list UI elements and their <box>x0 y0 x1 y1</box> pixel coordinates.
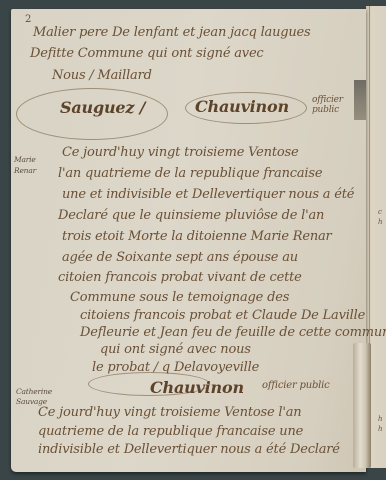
margin-name-line: Marie <box>14 155 36 165</box>
text-line: quatrieme de la republique francaise une <box>38 424 303 439</box>
adjacent-page-text: c <box>378 208 382 216</box>
text-line: Ce jourd'huy vingt troisieme Ventose <box>62 145 298 160</box>
document-scan: 2 Malier pere De lenfant et jean jacq la… <box>0 0 386 480</box>
signature-title: officier public <box>262 380 330 391</box>
page-number: 2 <box>25 14 31 25</box>
text-line: une et indivisible et Dellevertiquer nou… <box>62 187 354 202</box>
binding-tab-top <box>354 80 366 120</box>
margin-name-line: Renar <box>14 166 36 176</box>
text-line: citoien francois probat vivant de cette <box>58 270 302 285</box>
text-line: Defleurie et Jean feu de feuille de cett… <box>80 325 386 340</box>
text-line: l'an quatrieme de la republique francais… <box>58 166 322 181</box>
signature: Sauguez / <box>60 98 145 117</box>
text-line: citoiens francois probat et Claude De La… <box>80 308 365 323</box>
text-line: Ce jourd'huy vingt troisieme Ventose l'a… <box>38 405 301 420</box>
adjacent-page-text: h <box>378 218 383 226</box>
binding-tab-bottom <box>353 343 371 468</box>
text-line: Commune sous le temoignage des <box>70 290 289 305</box>
signature: Chauvinon <box>195 97 289 116</box>
text-line: Malier pere De lenfant et jean jacq laug… <box>33 25 311 40</box>
signature-title: officier public <box>312 95 352 115</box>
text-line: qui ont signé avec nous <box>100 342 251 357</box>
adjacent-page-text: h <box>378 425 383 433</box>
text-line: Defitte Commune qui ont signé avec <box>30 46 264 61</box>
text-line: indivisible et Dellevertiquer nous a été… <box>38 442 340 457</box>
text-line: Nous / Maillard <box>52 68 152 83</box>
text-line: trois etoit Morte la ditoienne Marie Ren… <box>62 229 332 244</box>
adjacent-page-text: h <box>378 415 383 423</box>
signature: Chauvinon <box>150 378 244 397</box>
text-line: agée de Soixante sept ans épouse au <box>62 250 298 265</box>
margin-name-line: Catherine <box>16 387 52 397</box>
text-line: Declaré que le quinsieme pluviôse de l'a… <box>58 208 324 223</box>
